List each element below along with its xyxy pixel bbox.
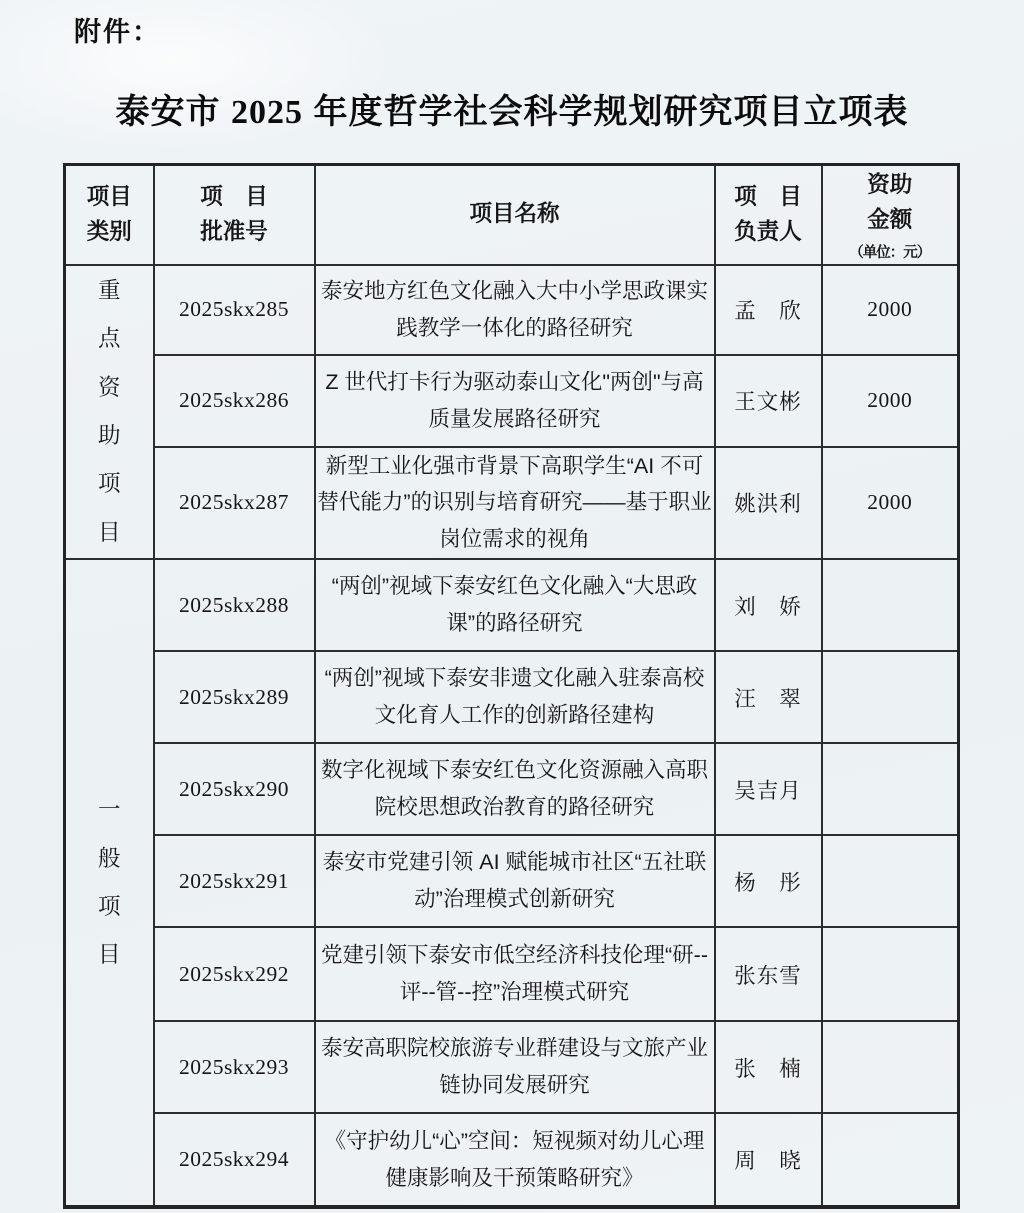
table-row: 2025skx293 泰安高职院校旅游专业群建设与文旅产业链协同发展研究 张 楠 xyxy=(65,1021,959,1113)
table-row: 2025skx287 新型工业化强市背景下高职学生“AI 不可替代能力”的识别与… xyxy=(65,447,959,560)
amount-cell xyxy=(822,835,959,927)
approval-no-cell: 2025skx286 xyxy=(154,355,315,447)
category-cell-general: 一般项目 xyxy=(65,559,154,1207)
col-header-amount: 资助 金额 （单位：元） xyxy=(822,165,959,265)
project-name-cell: Z 世代打卡行为驱动泰山文化"两创"与高质量发展路径研究 xyxy=(315,355,715,447)
approval-no-cell: 2025skx291 xyxy=(154,835,315,927)
table-row: 2025skx294 《守护幼儿“心”空间：短视频对幼儿心理健康影响及干预策略研… xyxy=(65,1113,959,1207)
amount-cell: 2000 xyxy=(822,447,959,560)
leader-cell: 周 晓 xyxy=(715,1113,822,1207)
project-name-cell: 泰安地方红色文化融入大中小学思政课实践教学一体化的路径研究 xyxy=(315,265,715,355)
table-row: 2025skx292 党建引领下泰安市低空经济科技伦理“研--评--管--控”治… xyxy=(65,927,959,1021)
table-header-row: 项目 类别 项 目 批准号 项目名称 项 目 负责人 资助 金额 （单位：元） xyxy=(65,165,959,265)
approval-no-cell: 2025skx293 xyxy=(154,1021,315,1113)
leader-cell: 张 楠 xyxy=(715,1021,822,1113)
attachment-label: 附件： xyxy=(74,10,161,49)
amount-cell xyxy=(822,927,959,1021)
category-cell-key-funded: 重点资助项目 xyxy=(65,265,154,560)
table-row: 2025skx290 数字化视域下泰安红色文化资源融入高职院校思想政治教育的路径… xyxy=(65,743,959,835)
category-label: 一般项目 xyxy=(96,786,123,980)
project-name-cell: 数字化视域下泰安红色文化资源融入高职院校思想政治教育的路径研究 xyxy=(315,743,715,835)
approval-no-cell: 2025skx292 xyxy=(154,927,315,1021)
page-title-suffix: 年度哲学社会科学规划研究项目立项表 xyxy=(303,93,908,131)
amount-header-label: 资助 金额 xyxy=(823,168,958,238)
amount-unit-label: （单位：元） xyxy=(823,241,958,262)
approval-no-cell: 2025skx288 xyxy=(154,559,315,651)
leader-cell: 吴吉月 xyxy=(715,743,822,835)
table-row: 一般项目 2025skx288 “两创”视域下泰安红色文化融入“大思政课”的路径… xyxy=(65,559,959,651)
project-name-cell: 泰安市党建引领 AI 赋能城市社区“五社联动”治理模式创新研究 xyxy=(315,835,715,927)
leader-cell: 王文彬 xyxy=(715,355,822,447)
approval-no-cell: 2025skx290 xyxy=(154,743,315,835)
amount-cell xyxy=(822,559,959,651)
approval-no-cell: 2025skx285 xyxy=(154,265,315,355)
category-label: 重点资助项目 xyxy=(96,267,123,557)
projects-table: 项目 类别 项 目 批准号 项目名称 项 目 负责人 资助 金额 （单位：元） … xyxy=(63,163,960,1209)
page-title-year: 2025 xyxy=(231,94,303,131)
table-row: 2025skx286 Z 世代打卡行为驱动泰山文化"两创"与高质量发展路径研究 … xyxy=(65,355,959,447)
page-title-prefix: 泰安市 xyxy=(116,93,231,131)
approval-no-cell: 2025skx287 xyxy=(154,447,315,560)
table-row: 2025skx291 泰安市党建引领 AI 赋能城市社区“五社联动”治理模式创新… xyxy=(65,835,959,927)
amount-cell: 2000 xyxy=(822,265,959,355)
project-name-cell: “两创”视域下泰安红色文化融入“大思政课”的路径研究 xyxy=(315,559,715,651)
leader-cell: 杨 彤 xyxy=(715,835,822,927)
col-header-category: 项目 类别 xyxy=(65,165,154,265)
amount-cell xyxy=(822,743,959,835)
amount-cell: 2000 xyxy=(822,355,959,447)
col-header-approval-no: 项 目 批准号 xyxy=(154,165,315,265)
project-name-cell: 《守护幼儿“心”空间：短视频对幼儿心理健康影响及干预策略研究》 xyxy=(315,1113,715,1207)
approval-no-cell: 2025skx289 xyxy=(154,651,315,743)
table-row: 2025skx289 “两创”视域下泰安非遗文化融入驻泰高校文化育人工作的创新路… xyxy=(65,651,959,743)
project-name-cell: “两创”视域下泰安非遗文化融入驻泰高校文化育人工作的创新路径建构 xyxy=(315,651,715,743)
project-name-cell: 党建引领下泰安市低空经济科技伦理“研--评--管--控”治理模式研究 xyxy=(315,927,715,1021)
col-header-leader: 项 目 负责人 xyxy=(715,165,822,265)
table-row: 重点资助项目 2025skx285 泰安地方红色文化融入大中小学思政课实践教学一… xyxy=(65,265,959,355)
amount-cell xyxy=(822,651,959,743)
leader-cell: 张东雪 xyxy=(715,927,822,1021)
leader-cell: 汪 翠 xyxy=(715,651,822,743)
leader-cell: 刘 娇 xyxy=(715,559,822,651)
page-title: 泰安市 2025 年度哲学社会科学规划研究项目立项表 xyxy=(0,84,1024,133)
approval-no-cell: 2025skx294 xyxy=(154,1113,315,1207)
col-header-project-name: 项目名称 xyxy=(315,165,715,265)
leader-cell: 孟 欣 xyxy=(715,265,822,355)
amount-cell xyxy=(822,1113,959,1207)
project-name-cell: 新型工业化强市背景下高职学生“AI 不可替代能力”的识别与培育研究——基于职业岗… xyxy=(315,447,715,560)
amount-cell xyxy=(822,1021,959,1113)
project-name-cell: 泰安高职院校旅游专业群建设与文旅产业链协同发展研究 xyxy=(315,1021,715,1113)
leader-cell: 姚洪利 xyxy=(715,447,822,560)
